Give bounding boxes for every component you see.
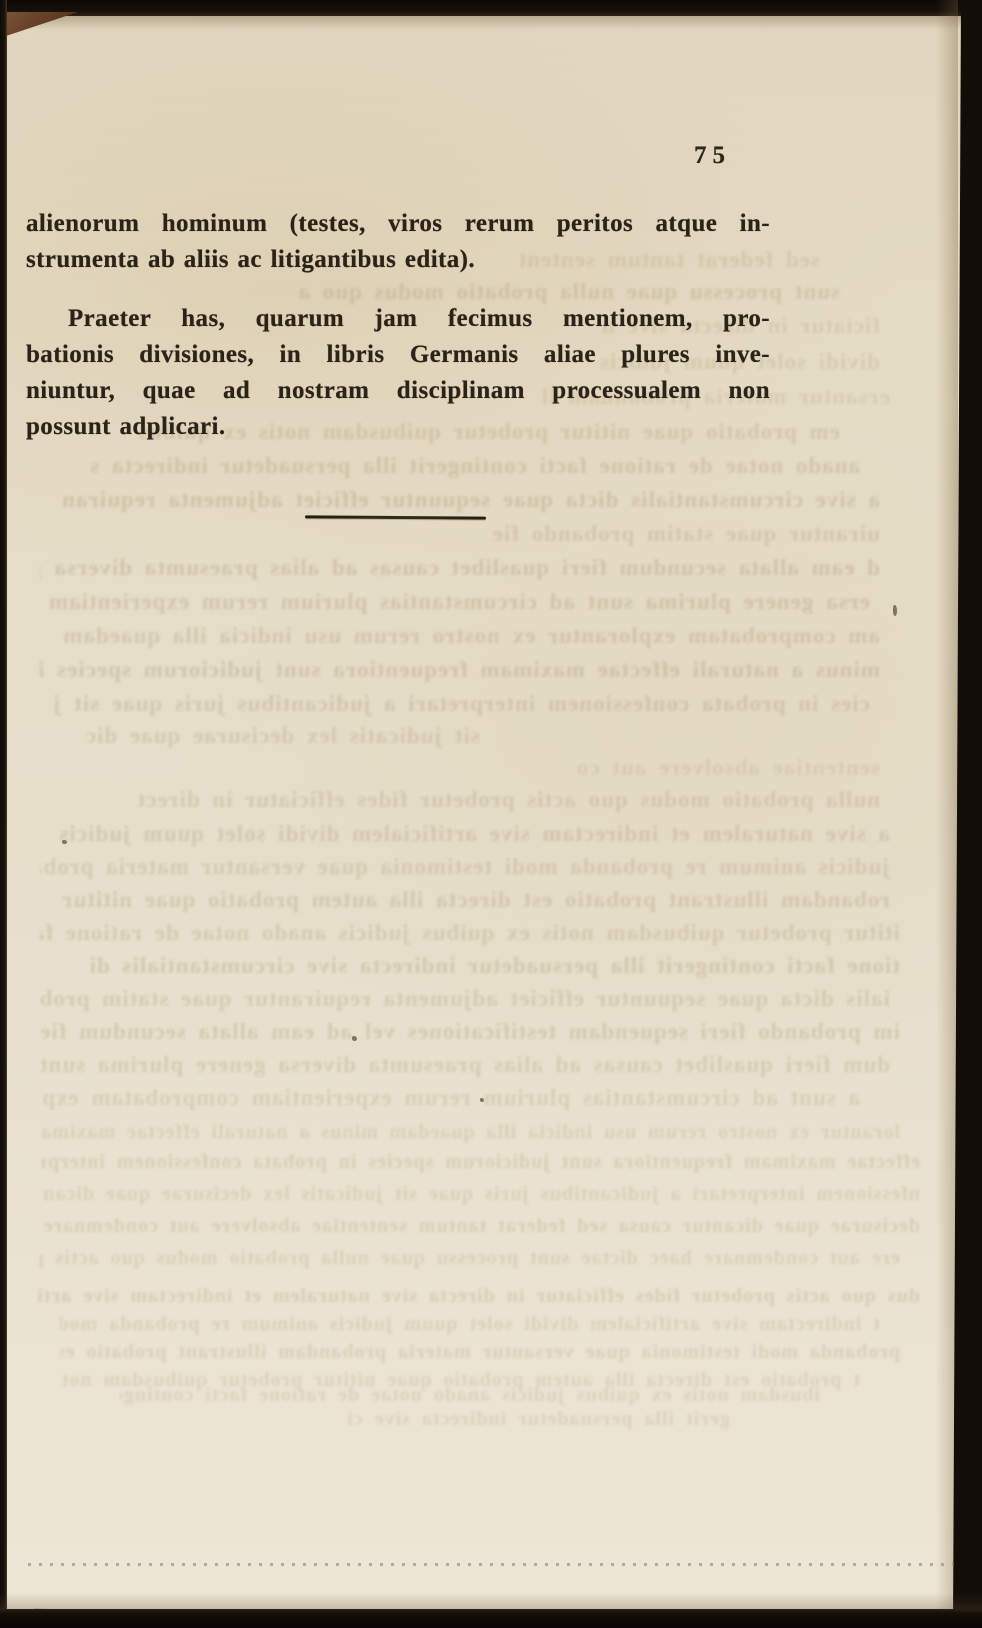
- paragraph-2: Praeter has, quarum jam fecimus mentione…: [26, 301, 770, 445]
- bleed-through-line: t indirectam sive artificialem dividi so…: [60, 1312, 880, 1337]
- bleed-through-line: probanda modi testimonia quae versantur …: [60, 1340, 900, 1365]
- bleed-through-line: im probando fieri sequendam testificatio…: [40, 1018, 900, 1047]
- bleed-through-line: dum fieri quaslibet causas ad alias prae…: [40, 1051, 890, 1080]
- bleed-through-line: lorantur ex nostro rerum usu indicia ill…: [40, 1120, 900, 1145]
- paper-speck: [352, 1036, 357, 1041]
- bleed-through-line: cies in probata confessionem interpretar…: [40, 690, 870, 719]
- bleed-through-line: decisurae quae dicantur causa sed federa…: [40, 1214, 920, 1239]
- paragraph-2-line-3: niuntur, quae ad nostram disciplinam pro…: [26, 373, 770, 409]
- paper-speck: [893, 605, 897, 616]
- bleed-through-line: ere aut condemnare haec dictae sunt proc…: [40, 1246, 900, 1271]
- bleed-through-line: tione facti contingerit illa persuadetur…: [40, 952, 900, 981]
- bleed-through-line: uirantur quae statim probando fier: [490, 520, 880, 549]
- bleed-through-line: ibusdam notis ex quibus judicis anado no…: [120, 1383, 820, 1408]
- bleed-through-line: sententiae absolvere aut co: [560, 754, 880, 783]
- page-number: 75: [694, 142, 731, 170]
- paragraph-2-line-4: possunt adplicari.: [26, 409, 770, 445]
- bleed-through-line: sit judicatis lex decisurae quae dic: [60, 722, 480, 751]
- bleed-through-line: ialis dicta quae sequuntur efficiet adju…: [40, 985, 890, 1014]
- scan-edge-bottom: [0, 1609, 982, 1628]
- bleed-through-line: effectae maximam frequentiora sunt judic…: [40, 1150, 920, 1175]
- bleed-through-line: minus a naturali effectae maximam freque…: [40, 656, 880, 685]
- bleed-through-line: ititur probetur quibusdam notis ex quibu…: [40, 919, 900, 948]
- paragraph-1-line-1: alienorum hominum (testes, viros rerum p…: [26, 206, 770, 242]
- bleed-through-line: ersa genere plurima sunt ad circumstanti…: [50, 588, 870, 617]
- scan-edge-top-shadow: [0, 16, 982, 30]
- scanned-book-page: sed federat tantum sententisunt processu…: [0, 0, 982, 1628]
- bleed-through-line: d eam allata secundum fieri quaslibet ca…: [40, 554, 880, 583]
- bleed-through-line: robandam illustrant probatio est directa…: [40, 886, 890, 915]
- dotted-rule: [28, 1563, 954, 1566]
- scan-edge-bottom-shadow: [0, 1593, 982, 1609]
- scan-edge-top: [0, 0, 982, 16]
- bleed-through-line: judicis animum re probanda modi testimon…: [40, 853, 890, 882]
- bleed-through-line: dus quo actis probetur fides efficiatur …: [30, 1284, 920, 1309]
- bleed-through-line: nulla probatio modus quo actis probetur …: [120, 786, 880, 815]
- bleed-through-line: nfessionem interpretari a judicantibus j…: [40, 1182, 920, 1207]
- bleed-through-line: gerit illa persuadetur indirecta sive ci: [330, 1407, 730, 1432]
- paragraph-2-line-1: Praeter has, quarum jam fecimus mentione…: [26, 301, 770, 337]
- bleed-through-line: t probatio est directa illa autem probat…: [60, 1368, 860, 1393]
- bleed-through-line: anado notae de ratione facti contingerit…: [60, 452, 860, 481]
- bleed-through-line: am comprobatam explorantur ex nostro rer…: [50, 622, 880, 651]
- scan-edge-left: [0, 0, 7, 1628]
- paragraph-1-line-2: strumenta ab aliis ac litigantibus edita…: [26, 242, 770, 278]
- paragraph-2-line-2: bationis divisiones, in libris Germanis …: [26, 337, 770, 373]
- paper-speck: [480, 1098, 484, 1102]
- section-divider-rule: [305, 515, 486, 519]
- paragraph-1: alienorum hominum (testes, viros rerum p…: [26, 206, 770, 278]
- paper-speck: [62, 840, 67, 844]
- bleed-through-line: a sunt ad circumstantias plurium rerum e…: [40, 1084, 860, 1113]
- bleed-through-line: a sive naturalem et indirectam sive arti…: [40, 820, 890, 849]
- bleed-through-line: a sive circumstantialis dicta quae sequu…: [60, 486, 880, 515]
